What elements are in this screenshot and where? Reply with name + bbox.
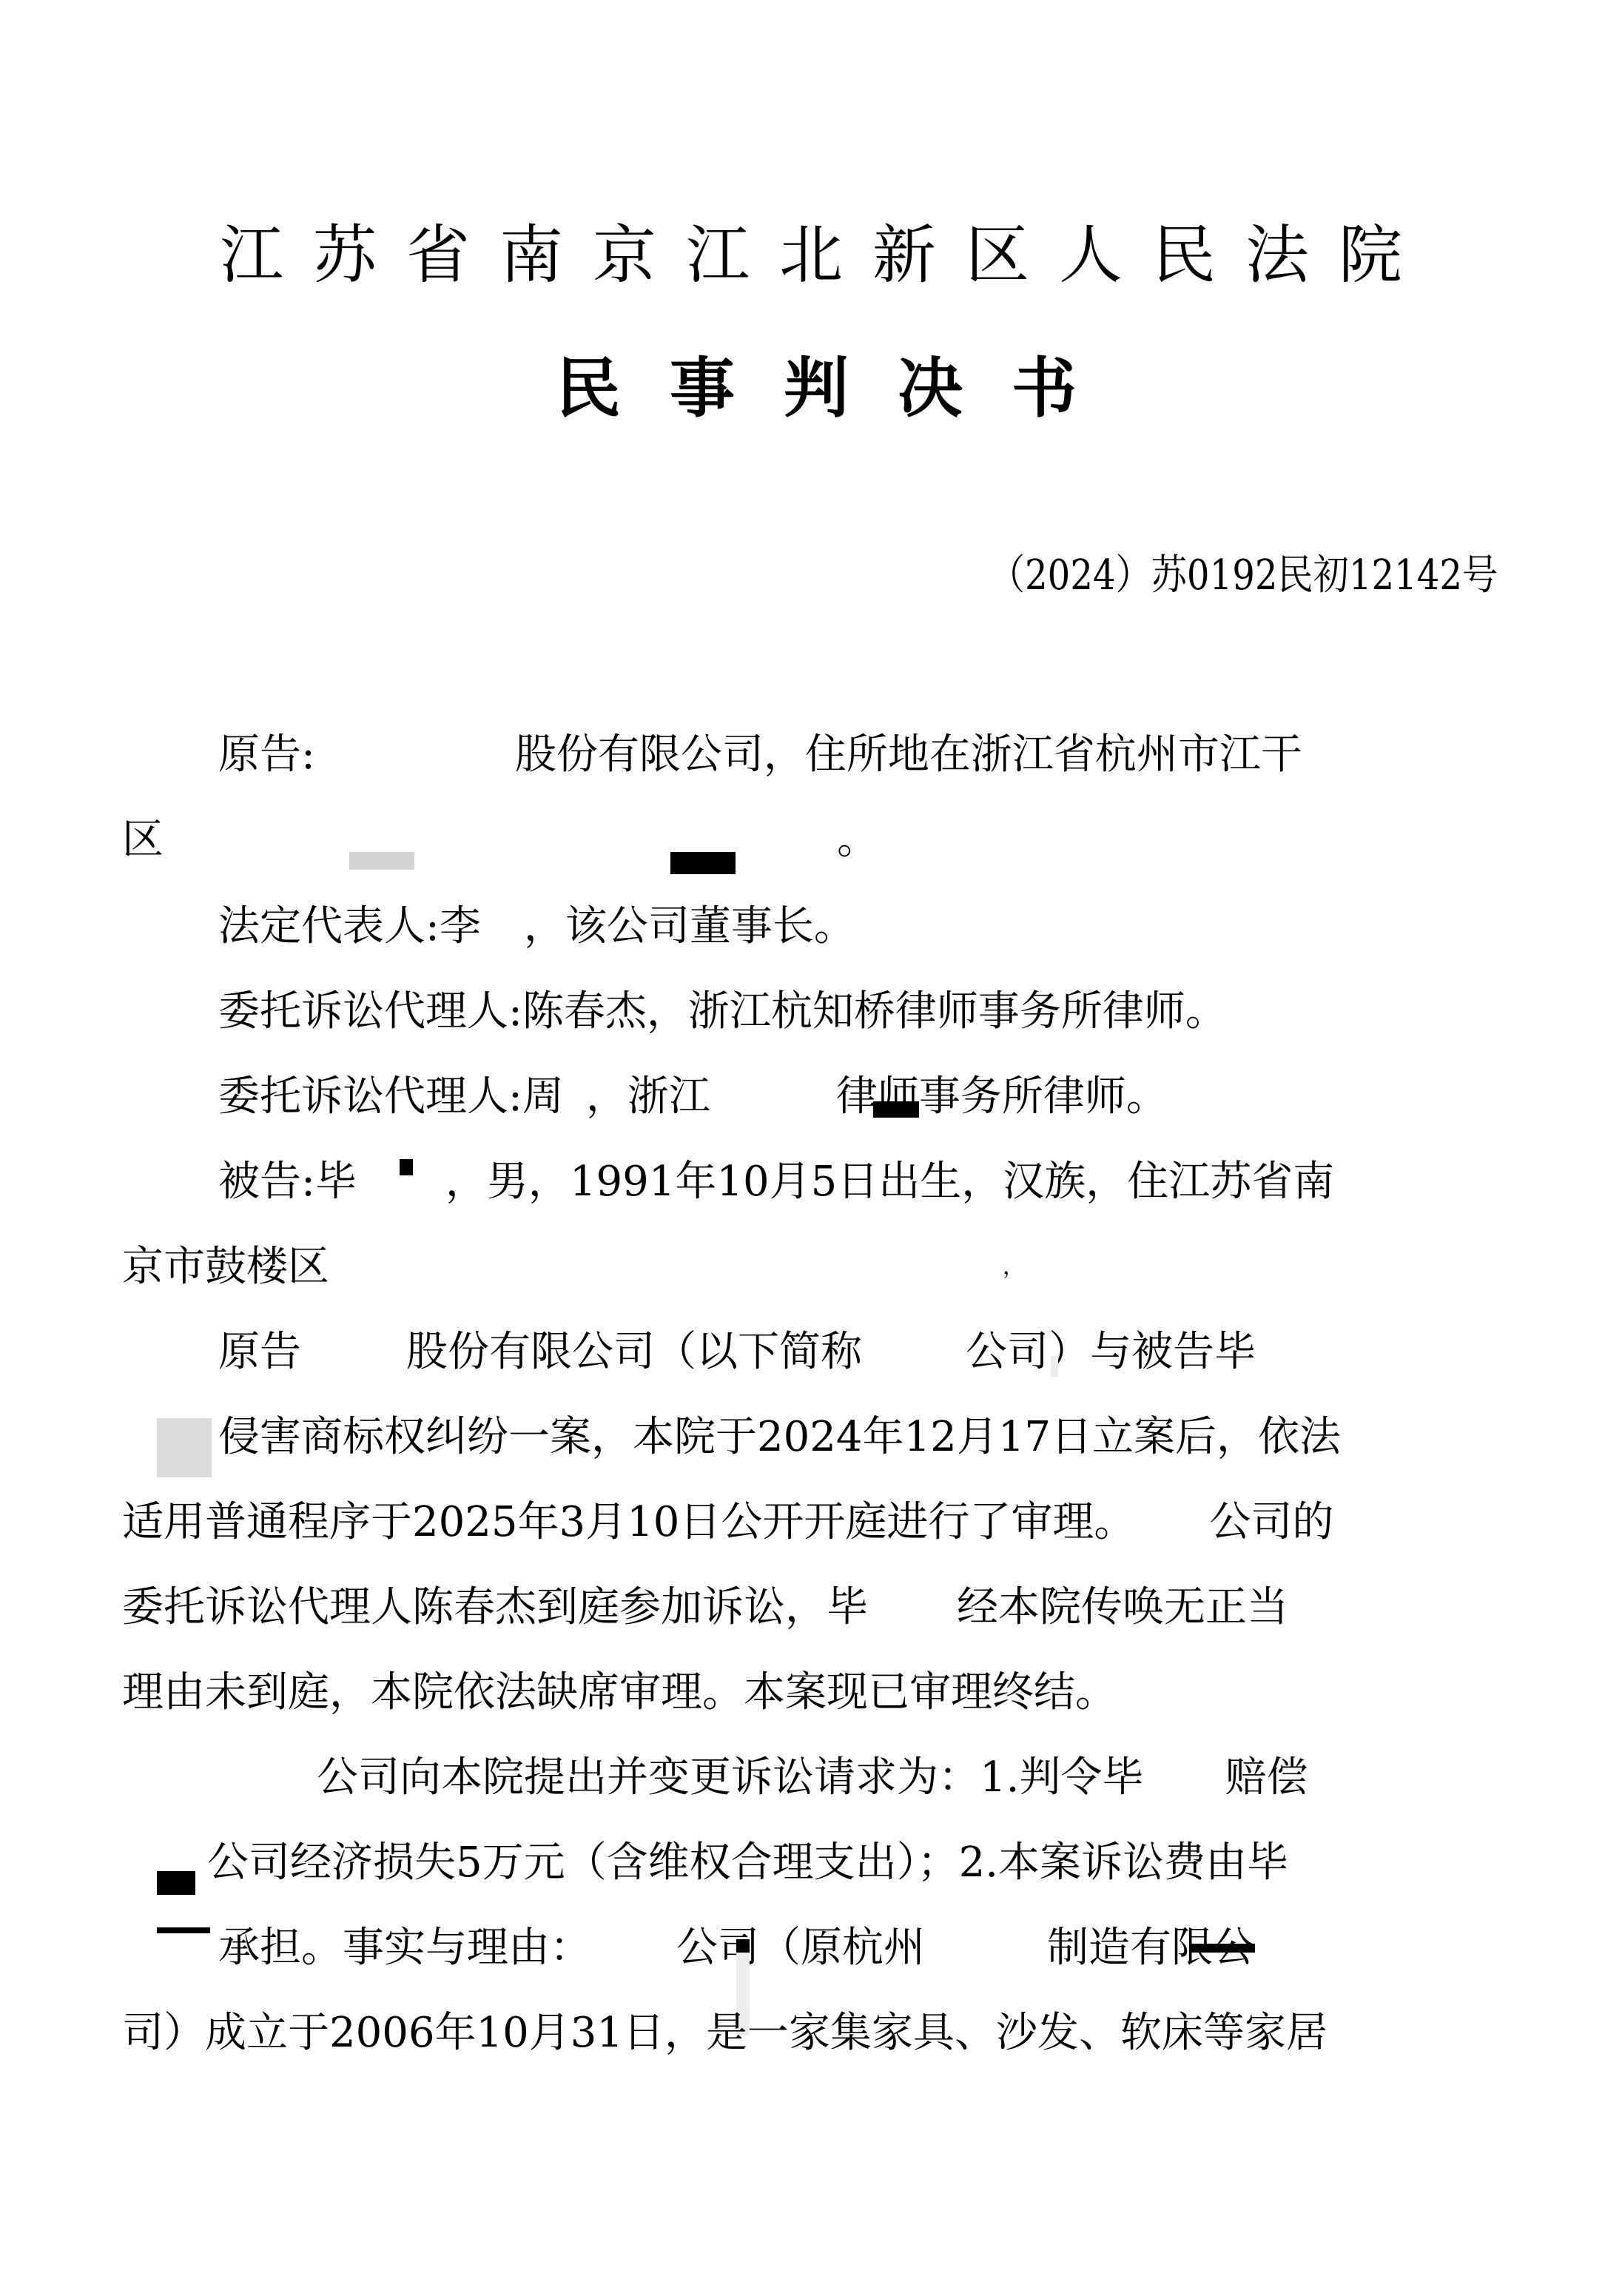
- redacted-gap: [868, 1620, 957, 1621]
- agent-2-line: 委托诉讼代理人:周，浙江律师事务所律师。: [218, 1067, 1168, 1127]
- defendant-address-line: 京市鼓楼区，: [122, 1238, 1025, 1297]
- redacted-gap: [710, 1110, 836, 1110]
- para1-line3: 适用普通程序于2025年3月10日公开开庭进行了审理。公司的: [122, 1493, 1333, 1552]
- redaction-box: [157, 1927, 210, 1933]
- para1-line4: 委托诉讼代理人陈春杰到庭参加诉讼，毕经本院传唤无正当: [122, 1578, 1288, 1637]
- redacted-gap: [1143, 1790, 1225, 1791]
- text-segment: 经本院传唤无正当: [957, 1578, 1288, 1637]
- text-segment: 公司（原杭州: [676, 1919, 925, 1978]
- defendant-address-end: ，: [1003, 1238, 1025, 1297]
- defendant-label: 被告:: [218, 1152, 315, 1212]
- para2-line2: 公司经济损失5万元（含维权合理支出）；2.本案诉讼费由毕: [207, 1833, 1288, 1893]
- redaction-box: [736, 1939, 750, 1953]
- defendant-line: 被告:毕，男，1991年10月5日出生，汉族，住江苏省南: [218, 1152, 1334, 1212]
- redacted-gap: [315, 768, 515, 768]
- redacted-gap: [564, 1110, 586, 1110]
- document-type-title: 民事判决书: [0, 344, 1622, 433]
- para2-line1: 公司向本院提出并变更诉讼请求为：1.判令毕赔偿: [317, 1748, 1308, 1807]
- redacted-gap: [481, 939, 524, 940]
- plaintiff-name-suffix: 股份有限公司，住所地在浙江省杭州市江干: [515, 725, 1302, 785]
- plaintiff-address-end: 。: [837, 810, 878, 870]
- para2-line4: 司）成立于2006年10月31日，是一家集家具、沙发、软床等家居: [122, 2004, 1327, 2063]
- redacted-gap: [301, 1365, 406, 1366]
- legal-rep-suffix: ，该公司董事长。: [524, 897, 855, 956]
- redacted-gap: [164, 853, 837, 853]
- redacted-gap: [591, 1961, 676, 1961]
- redacted-gap: [1135, 1535, 1209, 1536]
- plaintiff-line: 原告:股份有限公司，住所地在浙江省杭州市江干: [218, 725, 1302, 785]
- agent-2-name-start: 周: [522, 1067, 564, 1127]
- agent-2-suffix: 律师事务所律师。: [836, 1067, 1168, 1127]
- redacted-gap: [357, 1195, 445, 1195]
- legal-rep-label: 法定代表人:: [218, 897, 440, 956]
- text-segment: 承担。事实与理由：: [218, 1919, 591, 1978]
- redacted-gap: [925, 1961, 1047, 1961]
- agent-2-mid: ，浙江: [586, 1067, 710, 1127]
- para1-line1: 原告股份有限公司（以下简称公司）与被告毕: [218, 1323, 1256, 1382]
- redaction-box: [400, 1159, 413, 1175]
- case-number: （2024）苏0192民初12142号: [989, 546, 1498, 605]
- defendant-details: ，男，1991年10月5日出生，汉族，住江苏省南: [445, 1152, 1334, 1212]
- redaction-box: [1190, 1944, 1255, 1953]
- text-segment: 司）成立于2006年10月31日，是一家集家具、沙发、软床等家居: [122, 2004, 1327, 2063]
- redaction-box: [157, 1871, 195, 1895]
- text-segment: 侵害商标权纠纷一案，本院于2024年12月17日立案后，依法: [218, 1408, 1341, 1467]
- legal-rep-name-start: 李: [440, 897, 481, 956]
- text-segment: 适用普通程序于2025年3月10日公开开庭进行了审理。: [122, 1493, 1135, 1552]
- agent-1-line: 委托诉讼代理人:陈春杰，浙江杭知桥律师事务所律师。: [218, 982, 1227, 1041]
- plaintiff-address-start: 区: [122, 810, 164, 870]
- redacted-gap: [329, 1280, 1003, 1280]
- redaction-box: [670, 852, 736, 874]
- legal-rep-line: 法定代表人:李，该公司董事长。: [218, 897, 855, 956]
- defendant-name-start: 毕: [315, 1152, 357, 1212]
- text-segment: 公司）与被告毕: [966, 1323, 1256, 1382]
- text-segment: 股份有限公司（以下简称: [406, 1323, 862, 1382]
- text-segment: 委托诉讼代理人陈春杰到庭参加诉讼，毕: [122, 1578, 868, 1637]
- redaction-box: [157, 1418, 212, 1477]
- redacted-gap: [862, 1365, 966, 1366]
- plaintiff-address-line: 区。: [122, 810, 878, 870]
- judgment-page: 江苏省南京江北新区人民法院 民事判决书 （2024）苏0192民初12142号 …: [0, 0, 1622, 2296]
- agent-2-label: 委托诉讼代理人:: [218, 1067, 522, 1127]
- agent-1-text: 陈春杰，浙江杭知桥律师事务所律师。: [522, 982, 1227, 1041]
- para1-line2: 侵害商标权纠纷一案，本院于2024年12月17日立案后，依法: [218, 1408, 1341, 1467]
- court-name: 江苏省南京江北新区人民法院: [0, 211, 1622, 300]
- text-segment: 公司向本院提出并变更诉讼请求为：1.判令毕: [317, 1748, 1143, 1807]
- agent-1-label: 委托诉讼代理人:: [218, 982, 522, 1041]
- text-segment: 原告: [218, 1323, 301, 1382]
- redaction-box: [873, 1101, 919, 1118]
- plaintiff-label: 原告:: [218, 725, 315, 785]
- redaction-box: [349, 852, 414, 870]
- para1-line5: 理由未到庭，本院依法缺席审理。本案现已审理终结。: [122, 1663, 1117, 1722]
- redaction-box: [1051, 1356, 1058, 1377]
- text-segment: 公司经济损失5万元（含维权合理支出）；2.本案诉讼费由毕: [207, 1833, 1288, 1893]
- text-segment: 理由未到庭，本院依法缺席审理。本案现已审理终结。: [122, 1663, 1117, 1722]
- text-segment: 赔偿: [1225, 1748, 1308, 1807]
- defendant-address-start: 京市鼓楼区: [122, 1238, 329, 1297]
- text-segment: 公司的: [1209, 1493, 1333, 1552]
